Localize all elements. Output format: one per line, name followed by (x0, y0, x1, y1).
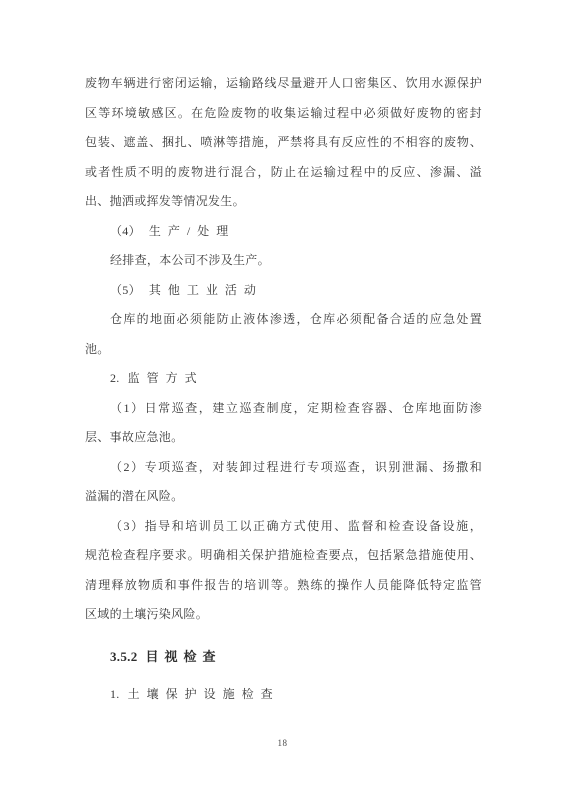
text-line: 2.监管方式 (85, 364, 482, 394)
page-number: 18 (278, 738, 288, 748)
line-text: 其他工业活动 (149, 283, 263, 297)
section-heading: 3.5.2目视检查 (85, 642, 482, 672)
section-number: 3.5.2 (110, 649, 138, 664)
text-line: 出、抛洒或挥发等情况发生。 (85, 187, 482, 217)
text-line: 或者性质不明的废物进行混合，防止在运输过程中的反应、渗漏、溢 (85, 158, 482, 188)
line-text: 生产/处理 (149, 224, 235, 238)
text-line: 区域的土壤污染风险。 (85, 600, 482, 630)
text-line: 废物车辆进行密闭运输，运输路线尽量避开人口密集区、饮用水源保护 (85, 69, 482, 99)
text-line: 清理释放物质和事件报告的培训等。熟练的操作人员能降低特定监管 (85, 571, 482, 601)
page-footer: 18 (0, 733, 565, 751)
list-number: （5） (110, 283, 141, 297)
line-text: 监管方式 (128, 371, 204, 385)
text-line: （4）生产/处理 (85, 217, 482, 247)
list-number: （4） (110, 224, 141, 238)
text-line: 包装、遮盖、捆扎、喷淋等措施，严禁将具有反应性的不相容的废物、 (85, 128, 482, 158)
text-line: （5）其他工业活动 (85, 276, 482, 306)
text-line: （3）指导和培训员工以正确方式使用、监督和检查设备设施， (85, 512, 482, 542)
line-text: 土壤保护设施检查 (128, 687, 280, 701)
page-content: 废物车辆进行密闭运输，运输路线尽量避开人口密集区、饮用水源保护区等环境敏感区。在… (85, 69, 482, 710)
list-number: 2. (110, 371, 120, 385)
text-line: 层、事故应急池。 (85, 423, 482, 453)
text-line: 池。 (85, 335, 482, 365)
text-line: 区等环境敏感区。在危险废物的收集运输过程中必须做好废物的密封 (85, 99, 482, 129)
text-line: （2）专项巡查，对装卸过程进行专项巡查，识别泄漏、扬撒和 (85, 453, 482, 483)
line-text: 目视检查 (146, 649, 222, 664)
text-line: 1.土壤保护设施检查 (85, 680, 482, 710)
text-line: （1）日常巡查，建立巡查制度，定期检查容器、仓库地面防渗 (85, 394, 482, 424)
document-page: 废物车辆进行密闭运输，运输路线尽量避开人口密集区、饮用水源保护区等环境敏感区。在… (0, 0, 565, 800)
text-line: 规范检查程序要求。明确相关保护措施检查要点，包括紧急措施使用、 (85, 541, 482, 571)
text-line: 溢漏的潜在风险。 (85, 482, 482, 512)
text-line: 仓库的地面必须能防止液体渗透，仓库必须配备合适的应急处置 (85, 305, 482, 335)
list-number: 1. (110, 687, 120, 701)
text-line: 经排查，本公司不涉及生产。 (85, 246, 482, 276)
